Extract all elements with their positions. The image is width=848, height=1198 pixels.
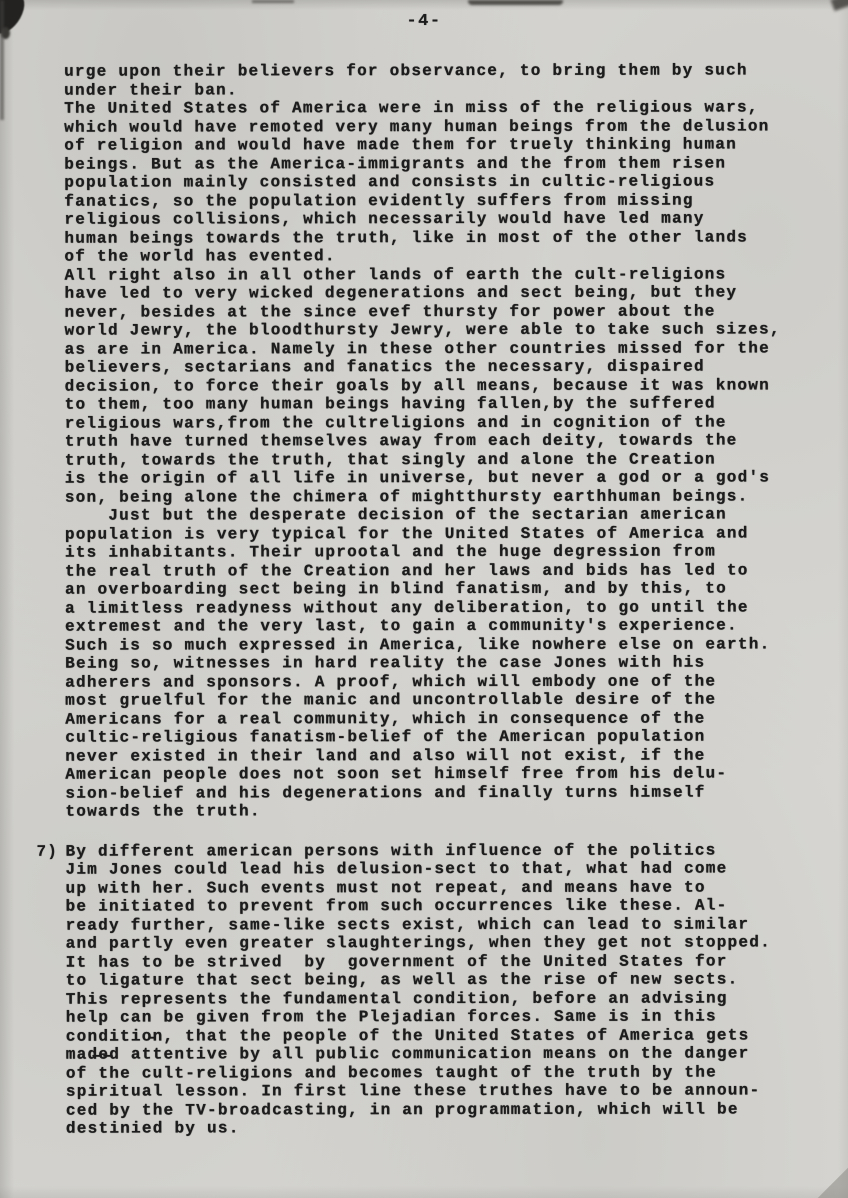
- scan-edge-streak: [0, 0, 4, 120]
- scanned-document-page: -4- urge upon their believers for observ…: [0, 0, 848, 1198]
- paragraph-observance: urge upon their believers for observance…: [64, 61, 831, 99]
- item-7-text: By different american persons with influ…: [65, 841, 833, 1138]
- numbered-item-7: 7) By different american persons with in…: [65, 841, 833, 1138]
- scan-smudge-top-right: [831, 0, 848, 11]
- paragraph-united-states-religious-wars: The United States of America were in mis…: [64, 98, 831, 266]
- item-7-marker: 7): [36, 842, 58, 861]
- page-corner-shadow: [814, 1164, 848, 1198]
- paragraph-other-lands-cult-religions: All right also in all other lands of ear…: [64, 265, 831, 507]
- paragraph-sectarian-american-population: Just but the desperate decision of the s…: [65, 505, 833, 821]
- scan-smudge-top-center: [468, 0, 563, 5]
- page-content: urge upon their believers for observance…: [64, 61, 833, 1138]
- page-number: -4-: [0, 12, 848, 31]
- scan-smudge-top-left-center: [252, 0, 294, 3]
